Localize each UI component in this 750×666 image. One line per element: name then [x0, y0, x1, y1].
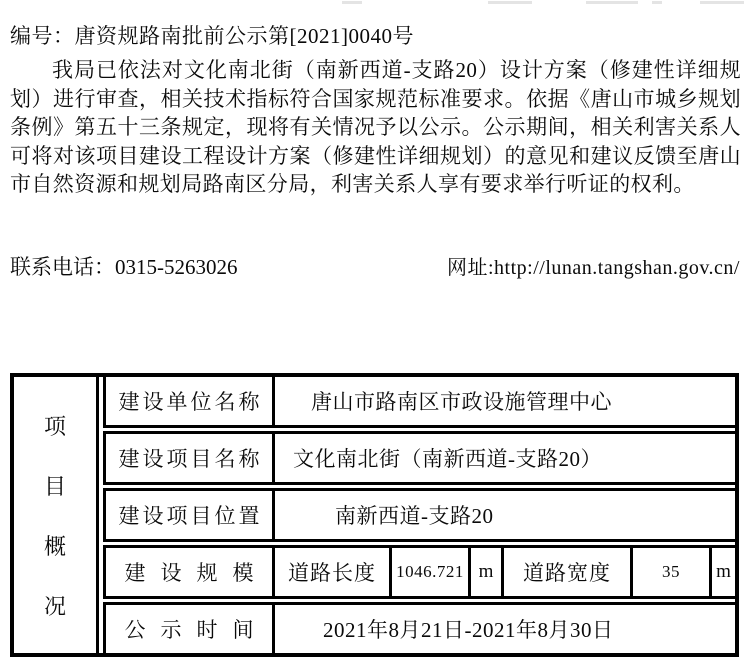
scan-artifact	[586, 1, 638, 4]
table-row-construction-scale: 建设规模 道路长度 1046.721 m 道路宽度 35 m	[103, 545, 735, 599]
row-label: 公示时间	[106, 605, 275, 653]
scale-subcells: 道路长度 1046.721 m 道路宽度 35 m	[275, 548, 735, 596]
row-value: 2021年8月21日-2021年8月30日	[275, 605, 735, 653]
table-row-notice-period: 公示时间 2021年8月21日-2021年8月30日	[103, 602, 735, 653]
project-overview-table: 项 目 概 况 建设单位名称 唐山市路南区市政设施管理中心 建设项目名称 文化南…	[10, 373, 739, 657]
scan-artifact	[652, 1, 662, 4]
row-value: 唐山市路南区市政设施管理中心	[275, 377, 735, 425]
scan-artifact	[700, 1, 744, 4]
table-row-project-name: 建设项目名称 文化南北街（南新西道-支路20）	[103, 431, 735, 485]
notice-body-paragraph: 我局已依法对文化南北街（南新西道-支路20）设计方案（修建性详细规划）进行审查，…	[10, 56, 741, 199]
vertical-header-char: 目	[44, 470, 66, 501]
row-label: 建设单位名称	[106, 377, 275, 425]
row-label: 建设项目名称	[106, 434, 275, 482]
scan-artifact	[342, 1, 362, 4]
vertical-header-char: 概	[44, 530, 66, 561]
row-label: 建设项目位置	[106, 491, 275, 539]
website-url: 网址:http://lunan.tangshan.gov.cn/	[447, 251, 740, 280]
contact-row: 联系电话：0315-5263026 网址:http://lunan.tangsh…	[10, 251, 740, 281]
vertical-header-char: 项	[44, 410, 66, 441]
row-value: 文化南北街（南新西道-支路20）	[275, 434, 735, 482]
table-row-project-location: 建设项目位置 南新西道-支路20	[103, 488, 735, 542]
road-width-value: 35	[630, 548, 709, 596]
table-row-unit-name: 建设单位名称 唐山市路南区市政设施管理中心	[103, 377, 735, 428]
table-vertical-header: 项 目 概 况	[14, 377, 99, 653]
row-value: 南新西道-支路20	[275, 491, 735, 539]
document-number: 编号：唐资规路南批前公示第[2021]0040号	[10, 20, 414, 50]
scan-artifact	[488, 1, 532, 4]
contact-phone: 联系电话：0315-5263026	[10, 251, 238, 281]
row-label: 建设规模	[106, 548, 275, 596]
vertical-header-char: 况	[44, 590, 66, 621]
road-width-label: 道路宽度	[501, 548, 630, 596]
road-length-label: 道路长度	[275, 548, 389, 596]
road-width-unit: m	[709, 548, 735, 596]
road-length-unit: m	[468, 548, 501, 596]
road-length-value: 1046.721	[389, 548, 468, 596]
table-rows: 建设单位名称 唐山市路南区市政设施管理中心 建设项目名称 文化南北街（南新西道-…	[99, 377, 735, 653]
